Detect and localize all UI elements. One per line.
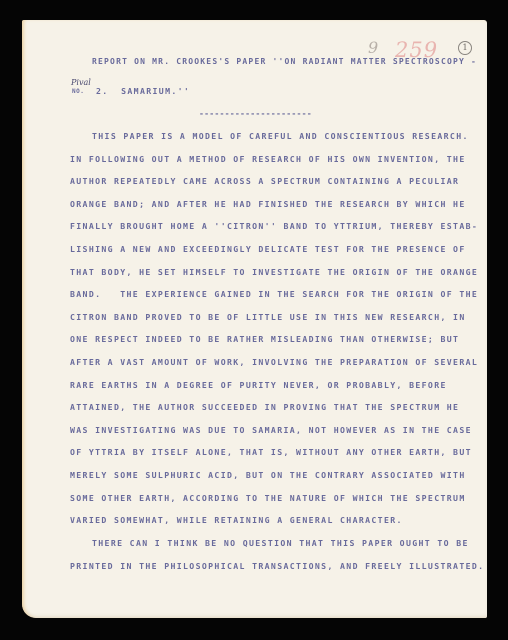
- body-text-line: OF YTTRIA BY ITSELF ALONE, THAT IS, WITH…: [70, 447, 472, 457]
- body-text-line: ATTAINED, THE AUTHOR SUCCEEDED IN PROVIN…: [70, 402, 459, 412]
- body-text-line: AUTHOR REPEATEDLY CAME ACROSS A SPECTRUM…: [70, 176, 459, 186]
- body-text-line: THAT BODY, HE SET HIMSELF TO INVESTIGATE…: [70, 267, 478, 277]
- body-text-line: THERE CAN I THINK BE NO QUESTION THAT TH…: [92, 538, 469, 548]
- body-text-line: LISHING A NEW AND EXCEEDINGLY DELICATE T…: [70, 244, 466, 254]
- body-text-line: VARIED SOMEWHAT, WHILE RETAINING A GENER…: [70, 515, 403, 525]
- body-text-line: IN FOLLOWING OUT A METHOD OF RESEARCH OF…: [70, 154, 466, 164]
- body-text-line: MERELY SOME SULPHURIC ACID, BUT ON THE C…: [70, 470, 466, 480]
- circled-page-number: 1: [458, 41, 472, 55]
- body-text-line: CITRON BAND PROVED TO BE OF LITTLE USE I…: [70, 312, 466, 322]
- body-text-line: RARE EARTHS IN A DEGREE OF PURITY NEVER,…: [70, 380, 447, 390]
- body-text-line: BAND. THE EXPERIENCE GAINED IN THE SEARC…: [70, 289, 478, 299]
- report-title-prefix: NO.: [72, 88, 84, 95]
- body-text-line: PRINTED IN THE PHILOSOPHICAL TRANSACTION…: [70, 561, 484, 571]
- body-text-line: AFTER A VAST AMOUNT OF WORK, INVOLVING T…: [70, 357, 478, 367]
- handwritten-annotation: Pival: [71, 78, 91, 87]
- folio-prefix: 9: [368, 38, 378, 57]
- separator-rule: ----------------------: [199, 108, 312, 118]
- body-text-line: FINALLY BROUGHT HOME A ''CITRON'' BAND T…: [70, 221, 478, 231]
- report-title-line-2: 2. SAMARIUM.'': [96, 86, 190, 96]
- body-text-line: SOME OTHER EARTH, ACCORDING TO THE NATUR…: [70, 493, 466, 503]
- report-title-line-1: REPORT ON MR. CROOKES'S PAPER ''ON RADIA…: [92, 57, 477, 66]
- body-text-line: WAS INVESTIGATING WAS DUE TO SAMARIA, NO…: [70, 425, 472, 435]
- body-text-line: THIS PAPER IS A MODEL OF CAREFUL AND CON…: [92, 131, 469, 141]
- body-text-line: ONE RESPECT INDEED TO BE RATHER MISLEADI…: [70, 334, 459, 344]
- body-text-line: ORANGE BAND; AND AFTER HE HAD FINISHED T…: [70, 199, 466, 209]
